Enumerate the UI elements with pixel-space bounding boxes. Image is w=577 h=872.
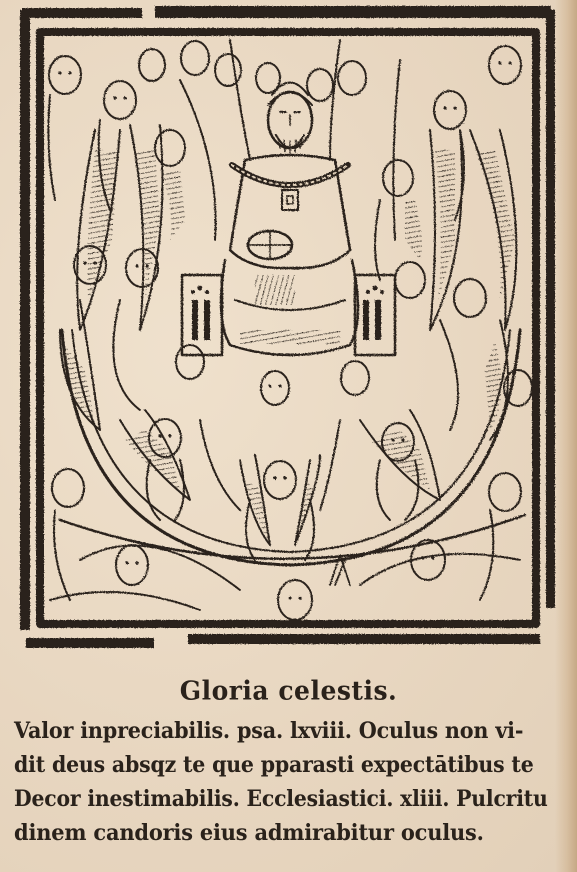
body-text: Valor inpreciabilis. psa. lxviii. Oculus… [14, 714, 564, 850]
text-line-2: dit deus absqz te que pparasti expectāti… [14, 748, 515, 782]
text-line-1: Valor inpreciabilis. psa. lxviii. Oculus… [14, 714, 520, 748]
text-line-4: dinem candoris eius admirabitur oculus. [14, 816, 526, 850]
text-line-3: Decor inestimabilis. Ecclesiastici. xlii… [14, 782, 512, 816]
outer-frame-top-right [155, 6, 551, 18]
outer-frame-top-left [22, 8, 142, 18]
woodcut-illustration [0, 0, 577, 660]
woodcut-caption: Gloria celestis. [0, 675, 577, 705]
book-page: Gloria celestis. Valor inpreciabilis. ps… [0, 0, 577, 872]
